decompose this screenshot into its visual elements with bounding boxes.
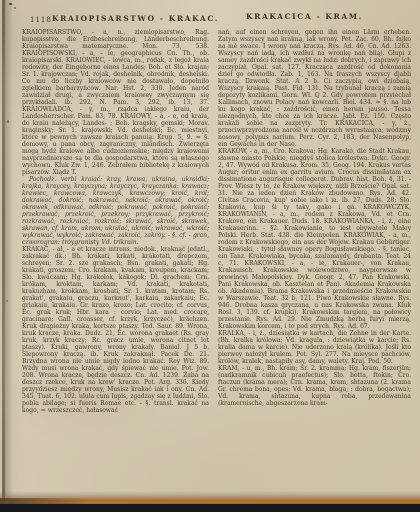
ink-speck xyxy=(6,300,8,302)
ink-speck xyxy=(14,7,16,9)
dictionary-paragraph: nań, auf einen schreyen, gegen ihn einen… xyxy=(218,29,411,148)
running-title-left: KRAIOPISARSTWO - KRAKAC. xyxy=(52,14,219,23)
dictionary-paragraph: Pochodz. verbi kraiać: kray, krawa, ukra… xyxy=(22,176,209,246)
ink-speck xyxy=(7,120,9,123)
dictionary-paragraph: KRALKA, - i, ż., dziesiątka w kartach, d… xyxy=(218,330,411,365)
page-header: 1118 KRAIOPISARSTWO - KRAKAC. KRAKACICA … xyxy=(0,12,420,26)
text-column-left: KRAIOPISARSTWO, - a, n., ziemiopisarstwo… xyxy=(22,29,209,463)
page-number: 1118 xyxy=(30,16,52,24)
text-column-right: nań, auf einen schreyen, gegen ihn einen… xyxy=(218,29,411,463)
binding-edge-soft-shadow xyxy=(5,0,13,506)
scanned-book-page: 1118 KRAIOPISARSTWO - KRAKAC. KRAKACICA … xyxy=(0,0,420,512)
running-title-right: KRAKACICA - KRAM. xyxy=(246,12,363,21)
dictionary-paragraph: KRAM, - u, m., Bh. krám; Sr. 2. kramma; … xyxy=(218,365,411,407)
dictionary-paragraph: KRAIOPISARSTWO, - a, n., ziemiopisarstwo… xyxy=(22,29,209,176)
dictionary-paragraph: KRAKÓW, - a, m., Cro. Krakova; Hg. Karak… xyxy=(218,148,411,330)
scan-background-band xyxy=(0,504,420,512)
ink-speck xyxy=(9,3,12,5)
dictionary-paragraph: KRAKAĆ, - ał, - a et kracze intrans. nie… xyxy=(22,246,209,414)
